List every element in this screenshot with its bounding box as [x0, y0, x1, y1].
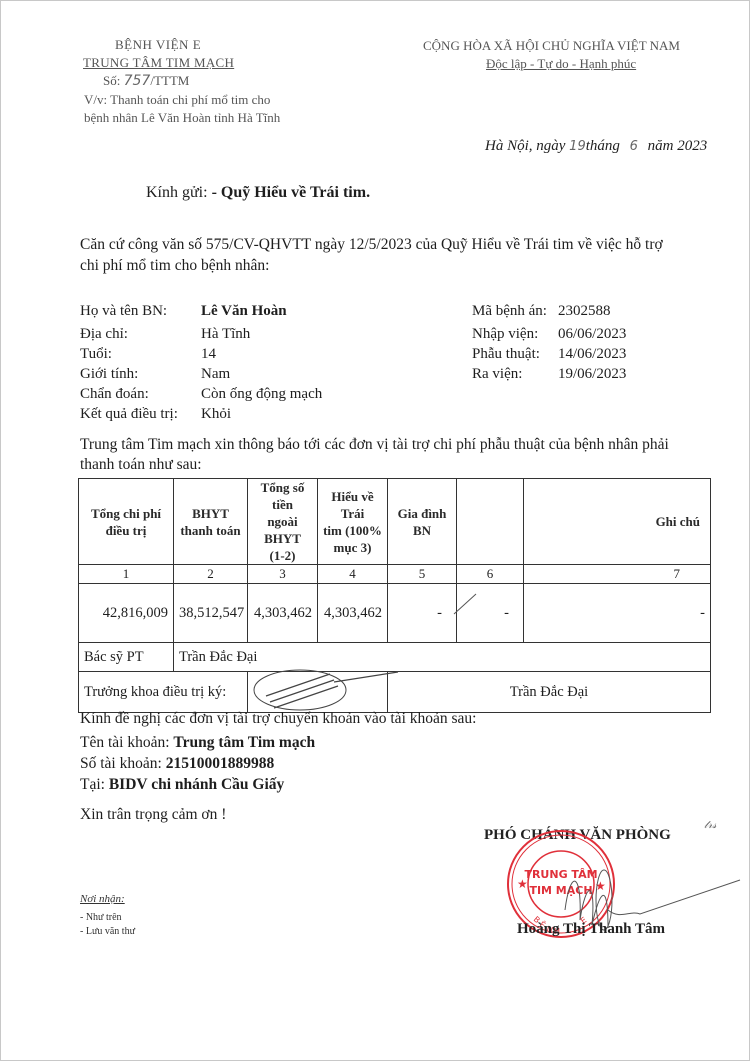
- info-label: Họ và tên BN:: [80, 303, 167, 320]
- initials-handwritten: 𝓉𝓇𝓈: [704, 818, 716, 832]
- recipient-item: - Như trên: [80, 912, 122, 923]
- column-number: 5: [388, 565, 457, 584]
- head-signature-cell: [248, 672, 388, 713]
- header-empty: [457, 479, 524, 565]
- info-label: Phẫu thuật:: [472, 346, 540, 363]
- column-number: 7: [524, 565, 711, 584]
- recipients-title: Nơi nhận:: [80, 893, 125, 905]
- patient-address: Hà Tĩnh: [201, 326, 250, 343]
- recipient-item: - Lưu văn thư: [80, 926, 135, 937]
- bank-line: Tại: BIDV chi nhánh Cầu Giấy: [80, 776, 284, 794]
- value-insurance: 38,512,547: [174, 584, 248, 643]
- signer-name: Hoàng Thị Thanh Tâm: [517, 921, 665, 938]
- info-label: Chẩn đoán:: [80, 386, 149, 403]
- surgeon-label: Bác sỹ PT: [79, 643, 174, 672]
- intro-line-1: Căn cứ công văn số 575/CV-QHVTT ngày 12/…: [80, 236, 663, 254]
- recipient-value: - Quỹ Hiểu về Trái tim.: [212, 184, 371, 201]
- header-notes: Ghi chú: [524, 479, 711, 565]
- header-insurance: BHYTthanh toán: [174, 479, 248, 565]
- column-number: 1: [79, 565, 174, 584]
- patient-gender: Nam: [201, 366, 230, 383]
- pen-mark-icon: [452, 590, 482, 620]
- closing-thanks: Xin trân trọng cảm ơn !: [80, 806, 226, 824]
- notice-line-1: Trung tâm Tim mạch xin thông báo tới các…: [80, 436, 669, 454]
- value-total-cost: 42,816,009: [79, 584, 174, 643]
- value-outside-insurance: 4,303,462: [248, 584, 318, 643]
- table-row: 42,816,009 38,512,547 4,303,462 4,303,46…: [79, 584, 711, 643]
- subject-line-1: V/v: Thanh toán chi phí mổ tim cho: [84, 92, 270, 108]
- date-year: năm 2023: [648, 138, 708, 154]
- surgeon-row: Bác sỹ PT Trần Đắc Đại: [79, 643, 711, 672]
- date-place: Hà Nội, ngày: [485, 138, 565, 154]
- info-label: Tuổi:: [80, 346, 112, 363]
- info-label: Nhập viện:: [472, 326, 538, 343]
- bank-name: BIDV chi nhánh Cầu Giấy: [109, 776, 284, 793]
- record-id: 2302588: [558, 303, 611, 320]
- hospital-name: BỆNH VIỆN E: [115, 37, 201, 53]
- department-name: TRUNG TÂM TIM MẠCH: [83, 55, 234, 71]
- account-name-label: Tên tài khoản:: [80, 734, 170, 751]
- account-number-label: Số tài khoản:: [80, 755, 162, 772]
- account-number-line: Số tài khoản: 21510001889988: [80, 755, 274, 773]
- recipient-line: Kính gửi: - Quỹ Hiểu về Trái tim.: [146, 184, 370, 202]
- patient-diagnosis: Còn ống động mạch: [201, 386, 322, 403]
- column-number: 3: [248, 565, 318, 584]
- value-fund: 4,303,462: [318, 584, 388, 643]
- header-family: Gia đình BN: [388, 479, 457, 565]
- column-number: 2: [174, 565, 248, 584]
- head-label: Trưởng khoa điều trị ký:: [79, 672, 248, 713]
- info-label: Kết quả điều trị:: [80, 406, 178, 423]
- nation-title: CỘNG HÒA XÃ HỘI CHỦ NGHĨA VIỆT NAM: [423, 38, 680, 54]
- nation-motto: Độc lập - Tự do - Hạnh phúc: [486, 56, 636, 72]
- header-total-cost: Tổng chi phíđiều trị: [79, 479, 174, 565]
- transfer-request: Kính đề nghị các đơn vị tài trợ chuyển k…: [80, 710, 476, 728]
- column-number: 6: [457, 565, 524, 584]
- document-number-label: Số:: [103, 73, 120, 88]
- info-label: Địa chỉ:: [80, 326, 128, 343]
- header-outside-insurance: Tổng số tiềnngoài BHYT(1-2): [248, 479, 318, 565]
- discharge-date: 19/06/2023: [558, 366, 626, 383]
- header-fund: Hiểu về Tráitim (100%mục 3): [318, 479, 388, 565]
- head-signature-row: Trưởng khoa điều trị ký: Trần Đắc Đại: [79, 672, 711, 713]
- info-label: Giới tính:: [80, 366, 138, 383]
- notice-line-2: thanh toán như sau:: [80, 456, 202, 474]
- table-number-row: 1 2 3 4 5 6 7: [79, 565, 711, 584]
- column-number: 4: [318, 565, 388, 584]
- info-label: Ra viện:: [472, 366, 522, 383]
- account-number: 21510001889988: [166, 755, 275, 772]
- value-family: -: [388, 584, 457, 643]
- patient-name: Lê Văn Hoàn: [201, 303, 287, 320]
- patient-age: 14: [201, 346, 216, 363]
- info-label: Mã bệnh án:: [472, 303, 547, 320]
- bank-label: Tại:: [80, 776, 105, 793]
- document-number-suffix: /TTTM: [150, 73, 189, 88]
- intro-line-2: chi phí mổ tim cho bệnh nhân:: [80, 257, 269, 275]
- admission-date: 06/06/2023: [558, 326, 626, 343]
- cost-table: Tổng chi phíđiều trị BHYTthanh toán Tổng…: [78, 478, 711, 713]
- surgery-date: 14/06/2023: [558, 346, 626, 363]
- patient-result: Khỏi: [201, 406, 231, 423]
- document-number-handwritten: 757: [124, 73, 151, 89]
- head-name: Trần Đắc Đại: [388, 672, 711, 713]
- handwritten-signature-icon: [248, 666, 388, 714]
- value-notes: -: [524, 584, 711, 643]
- table-header-row: Tổng chi phíđiều trị BHYTthanh toán Tổng…: [79, 479, 711, 565]
- date-line: Hà Nội, ngày 19tháng 6 năm 2023: [485, 138, 707, 155]
- document-number: Số: 757/TTTM: [103, 73, 189, 89]
- date-month-label: tháng: [586, 138, 620, 154]
- account-name-line: Tên tài khoản: Trung tâm Tim mạch: [80, 734, 315, 752]
- subject-line-2: bệnh nhân Lê Văn Hoàn tỉnh Hà Tĩnh: [84, 110, 280, 126]
- date-month-handwritten: 6: [630, 139, 638, 154]
- date-day-handwritten: 19: [569, 139, 586, 154]
- account-name: Trung tâm Tim mạch: [173, 734, 315, 751]
- recipient-label: Kính gửi:: [146, 184, 208, 201]
